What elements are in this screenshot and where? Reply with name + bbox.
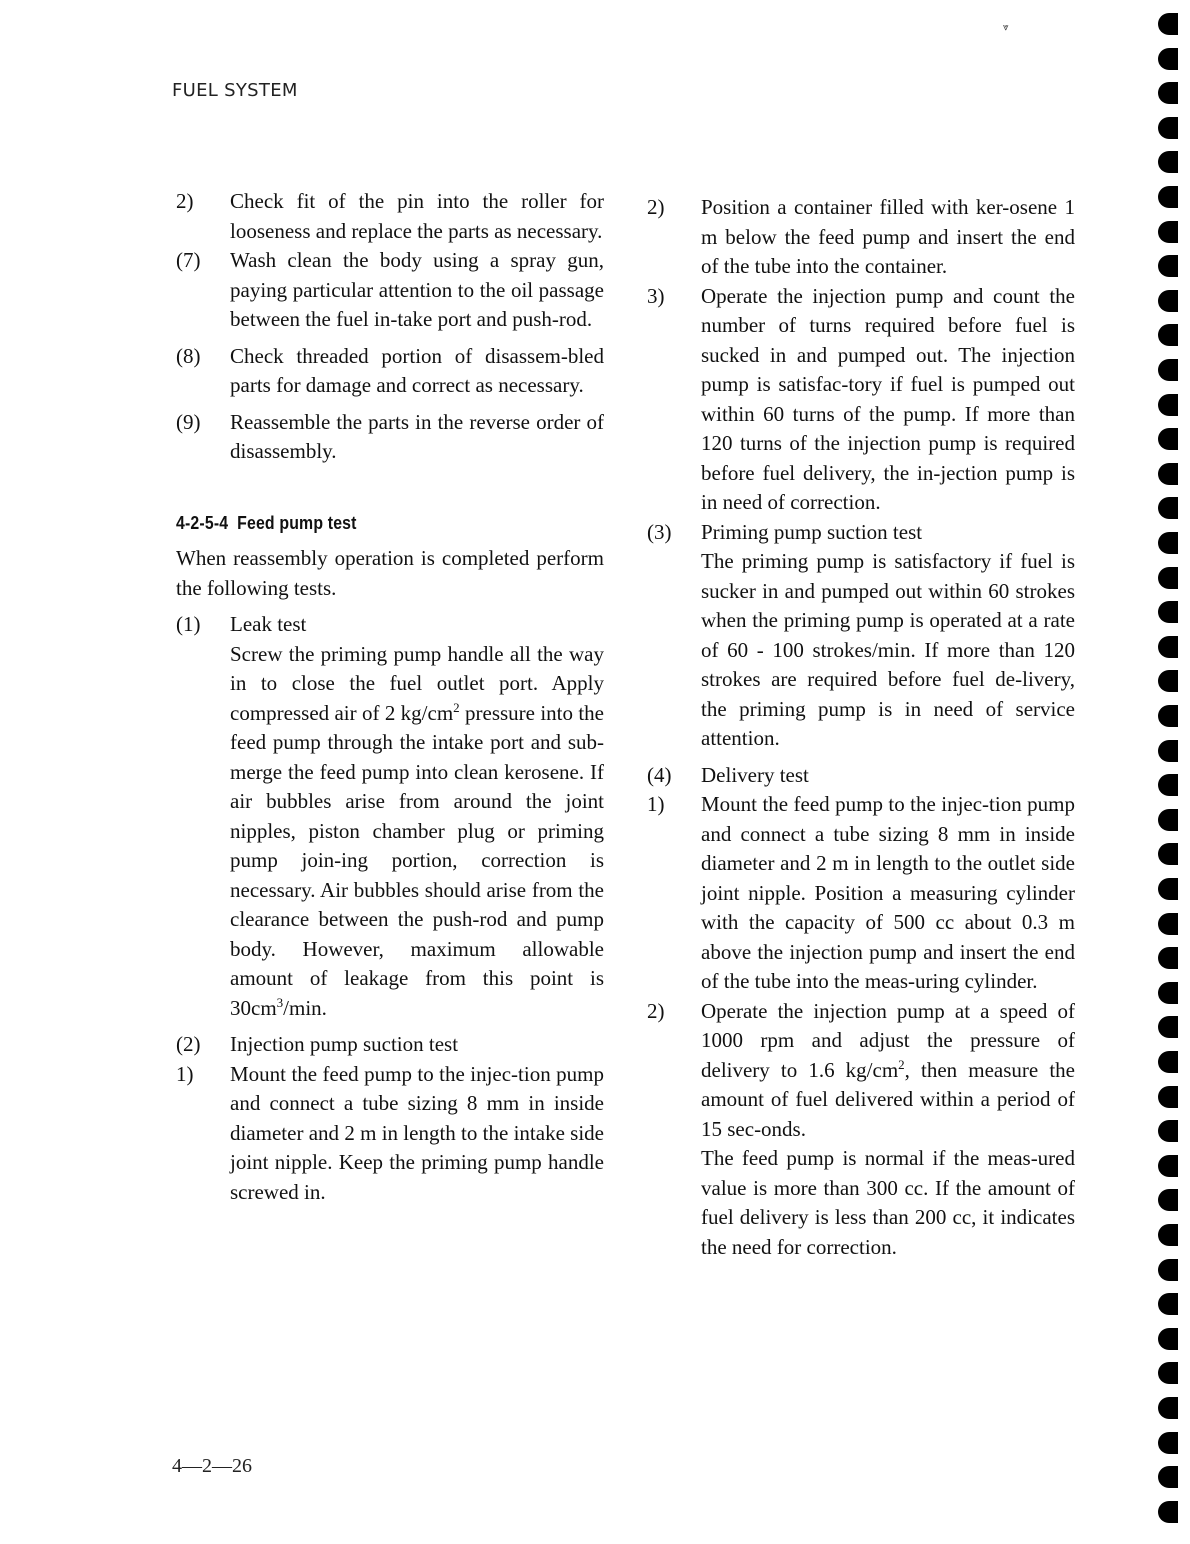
binding-hole	[1158, 428, 1178, 450]
item-text: Mount the feed pump to the injec-tion pu…	[230, 1060, 604, 1208]
item-number: (8)	[176, 342, 230, 401]
list-item: 2) Operate the injection pump at a speed…	[647, 997, 1075, 1145]
binding-hole	[1158, 13, 1178, 35]
list-item: 1) Mount the feed pump to the injec-tion…	[176, 1060, 604, 1208]
binding-hole	[1158, 982, 1178, 1004]
item-number: 2)	[176, 187, 230, 246]
priming-test-body: The priming pump is satisfactory if fuel…	[647, 547, 1075, 754]
binding-hole	[1158, 186, 1178, 208]
list-item: 2) Check fit of the pin into the roller …	[176, 187, 604, 246]
delivery-test-note: The feed pump is normal if the meas-ured…	[647, 1144, 1075, 1262]
leak-test-body: Screw the priming pump handle all the wa…	[176, 640, 604, 1024]
binding-hole	[1158, 1466, 1178, 1488]
binding-hole	[1158, 324, 1178, 346]
binding-hole	[1158, 913, 1178, 935]
item-text: Operate the injection pump at a speed of…	[701, 997, 1075, 1145]
running-head: FUEL SYSTEM	[172, 80, 298, 101]
list-item: 1) Mount the feed pump to the injec-tion…	[647, 790, 1075, 997]
binding-hole	[1158, 1051, 1178, 1073]
binding-hole	[1158, 774, 1178, 796]
binding-hole	[1158, 567, 1178, 589]
binding-hole	[1158, 1328, 1178, 1350]
item-text: Reassemble the parts in the reverse orde…	[230, 408, 604, 467]
binding-hole	[1158, 82, 1178, 104]
list-item: 2) Position a container filled with ker-…	[647, 193, 1075, 282]
binding-hole	[1158, 601, 1178, 623]
test-title: Priming pump suction test	[701, 518, 1075, 548]
list-item: (8) Check threaded portion of disassem-b…	[176, 342, 604, 401]
binding-hole	[1158, 636, 1178, 658]
item-number: 2)	[647, 997, 701, 1145]
binding-holes	[1158, 0, 1190, 1544]
list-item: (7) Wash clean the body using a spray gu…	[176, 246, 604, 335]
binding-hole	[1158, 151, 1178, 173]
binding-hole	[1158, 1224, 1178, 1246]
section-intro: When reassembly operation is completed p…	[176, 544, 604, 603]
item-text: Check threaded portion of disassem-bled …	[230, 342, 604, 401]
item-text: Wash clean the body using a spray gun, p…	[230, 246, 604, 335]
binding-hole	[1158, 670, 1178, 692]
binding-hole	[1158, 1397, 1178, 1419]
section-number: 4-2-5-4	[176, 513, 228, 533]
list-item: 3) Operate the injection pump and count …	[647, 282, 1075, 518]
item-text: Operate the injection pump and count the…	[701, 282, 1075, 518]
binding-hole	[1158, 1155, 1178, 1177]
binding-hole	[1158, 394, 1178, 416]
item-number: (2)	[176, 1030, 230, 1060]
binding-hole	[1158, 843, 1178, 865]
right-column: 2) Position a container filled with ker-…	[647, 193, 1075, 1262]
section-title: Feed pump test	[237, 513, 357, 533]
binding-hole	[1158, 1432, 1178, 1454]
binding-hole	[1158, 255, 1178, 277]
item-text: Position a container filled with ker-ose…	[701, 193, 1075, 282]
binding-hole	[1158, 117, 1178, 139]
binding-hole	[1158, 221, 1178, 243]
corner-mark: ⩔	[1003, 22, 1009, 33]
binding-hole	[1158, 532, 1178, 554]
binding-hole	[1158, 1362, 1178, 1384]
body-text: /min.	[283, 996, 327, 1020]
test-title: Leak test	[230, 610, 604, 640]
item-number: (3)	[647, 518, 701, 548]
binding-hole	[1158, 1086, 1178, 1108]
test-heading-delivery: (4) Delivery test	[647, 761, 1075, 791]
item-number: (4)	[647, 761, 701, 791]
test-heading-priming: (3) Priming pump suction test	[647, 518, 1075, 548]
binding-hole	[1158, 1259, 1178, 1281]
item-number: (9)	[176, 408, 230, 467]
binding-hole	[1158, 947, 1178, 969]
binding-hole	[1158, 48, 1178, 70]
manual-page: ⩔ FUEL SYSTEM 2) Check fit of the pin in…	[0, 0, 1190, 1544]
page-number: 4—2—26	[172, 1455, 252, 1478]
binding-hole	[1158, 359, 1178, 381]
binding-hole	[1158, 1120, 1178, 1142]
binding-hole	[1158, 463, 1178, 485]
binding-hole	[1158, 290, 1178, 312]
left-column: 2) Check fit of the pin into the roller …	[176, 187, 604, 1207]
item-number: 1)	[647, 790, 701, 997]
binding-hole	[1158, 1189, 1178, 1211]
test-title: Injection pump suction test	[230, 1030, 604, 1060]
list-item: (9) Reassemble the parts in the reverse …	[176, 408, 604, 467]
binding-hole	[1158, 878, 1178, 900]
item-text: Check fit of the pin into the roller for…	[230, 187, 604, 246]
item-number: 3)	[647, 282, 701, 518]
item-number: 2)	[647, 193, 701, 282]
test-title: Delivery test	[701, 761, 1075, 791]
body-text: pressure into the feed pump through the …	[230, 701, 604, 1020]
item-text: Mount the feed pump to the injec-tion pu…	[701, 790, 1075, 997]
binding-hole	[1158, 809, 1178, 831]
test-heading-leak: (1) Leak test	[176, 610, 604, 640]
binding-hole	[1158, 705, 1178, 727]
binding-hole	[1158, 1016, 1178, 1038]
binding-hole	[1158, 740, 1178, 762]
binding-hole	[1158, 1501, 1178, 1523]
item-number: 1)	[176, 1060, 230, 1208]
item-number: (7)	[176, 246, 230, 335]
binding-hole	[1158, 497, 1178, 519]
test-heading-suction: (2) Injection pump suction test	[176, 1030, 604, 1060]
section-heading: 4-2-5-4Feed pump test	[176, 509, 553, 539]
item-number: (1)	[176, 610, 230, 640]
binding-hole	[1158, 1293, 1178, 1315]
